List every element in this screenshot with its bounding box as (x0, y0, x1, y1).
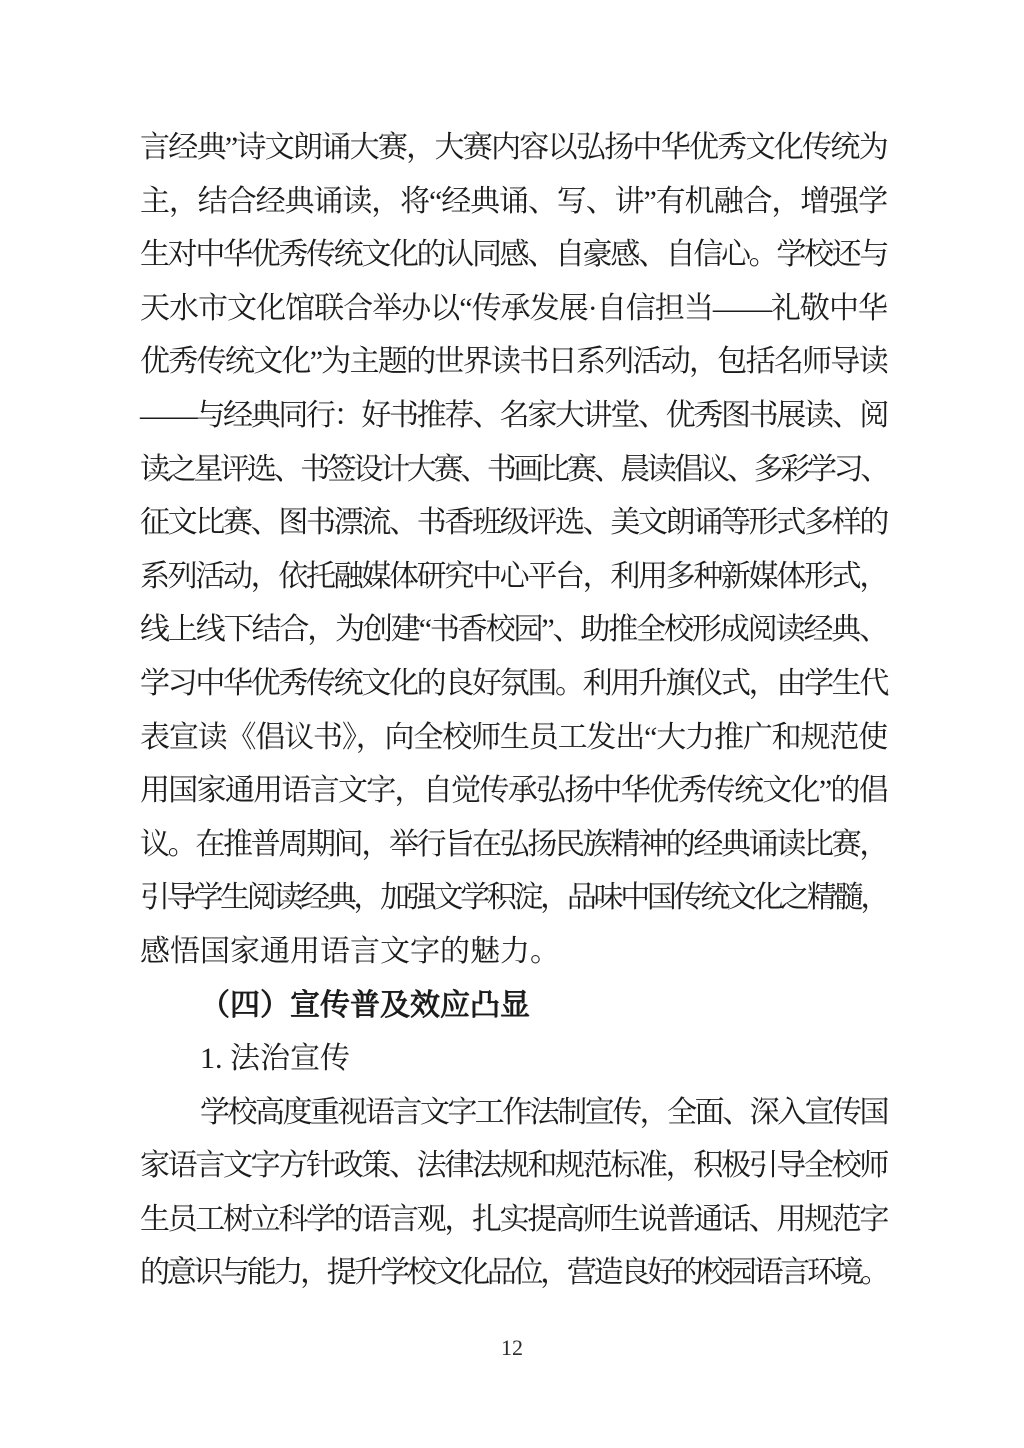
page-footer: 12 (0, 1333, 1024, 1363)
text-line: 议。在推普周期间，举行旨在弘扬民族精神的经典诵读比赛， (140, 818, 887, 872)
text-line: ——与经典同行：好书推荐、名家大讲堂、优秀图书展读、阅 (140, 389, 887, 443)
text-line: 主，结合经典诵读，将“经典诵、写、讲”有机融合，增强学 (140, 175, 887, 229)
section-heading: （四）宣传普及效应凸显 (140, 979, 887, 1033)
text-line: 生员工树立科学的语言观，扎实提高师生说普通话、用规范字 (140, 1193, 887, 1247)
text-line: 读之星评选、书签设计大赛、书画比赛、晨读倡议、多彩学习、 (140, 443, 887, 497)
text-line: 的意识与能力，提升学校文化品位，营造良好的校园语言环境。 (140, 1246, 887, 1300)
text-line: 表宣读《倡议书》，向全校师生员工发出“大力推广和规范使 (140, 711, 887, 765)
text-line: 学校高度重视语言文字工作法制宣传，全面、深入宣传国 (140, 1086, 887, 1140)
text-line: 征文比赛、图书漂流、书香班级评选、美文朗诵等形式多样的 (140, 496, 887, 550)
page-body: 言经典”诗文朗诵大赛，大赛内容以弘扬中华优秀文化传统为主，结合经典诵读，将“经典… (140, 121, 887, 1300)
text-line: 生对中华优秀传统文化的认同感、自豪感、自信心。学校还与 (140, 228, 887, 282)
text-line: 感悟国家通用语言文字的魅力。 (140, 925, 887, 979)
subsection-heading: 1. 法治宣传 (140, 1032, 887, 1086)
text-line: 系列活动，依托融媒体研究中心平台，利用多种新媒体形式， (140, 550, 887, 604)
text-line: 用国家通用语言文字，自觉传承弘扬中华优秀传统文化”的倡 (140, 764, 887, 818)
text-line: 优秀传统文化”为主题的世界读书日系列活动，包括名师导读 (140, 335, 887, 389)
document-page: 言经典”诗文朗诵大赛，大赛内容以弘扬中华优秀文化传统为主，结合经典诵读，将“经典… (0, 0, 1024, 1448)
text-line: 言经典”诗文朗诵大赛，大赛内容以弘扬中华优秀文化传统为 (140, 121, 887, 175)
text-line: 天水市文化馆联合举办以“传承发展·自信担当——礼敬中华 (140, 282, 887, 336)
page-number: 12 (501, 1335, 523, 1360)
paragraph-legal-publicity: 学校高度重视语言文字工作法制宣传，全面、深入宣传国家语言文字方针政策、法律法规和… (140, 1086, 887, 1300)
text-line: 家语言文字方针政策、法律法规和规范标准，积极引导全校师 (140, 1139, 887, 1193)
text-line: 学习中华优秀传统文化的良好氛围。利用升旗仪式，由学生代 (140, 657, 887, 711)
text-line: 线上线下结合，为创建“书香校园”、助推全校形成阅读经典、 (140, 603, 887, 657)
text-line: 引导学生阅读经典，加强文学积淀，品味中国传统文化之精髓， (140, 871, 887, 925)
paragraph-reading-activities: 言经典”诗文朗诵大赛，大赛内容以弘扬中华优秀文化传统为主，结合经典诵读，将“经典… (140, 121, 887, 979)
